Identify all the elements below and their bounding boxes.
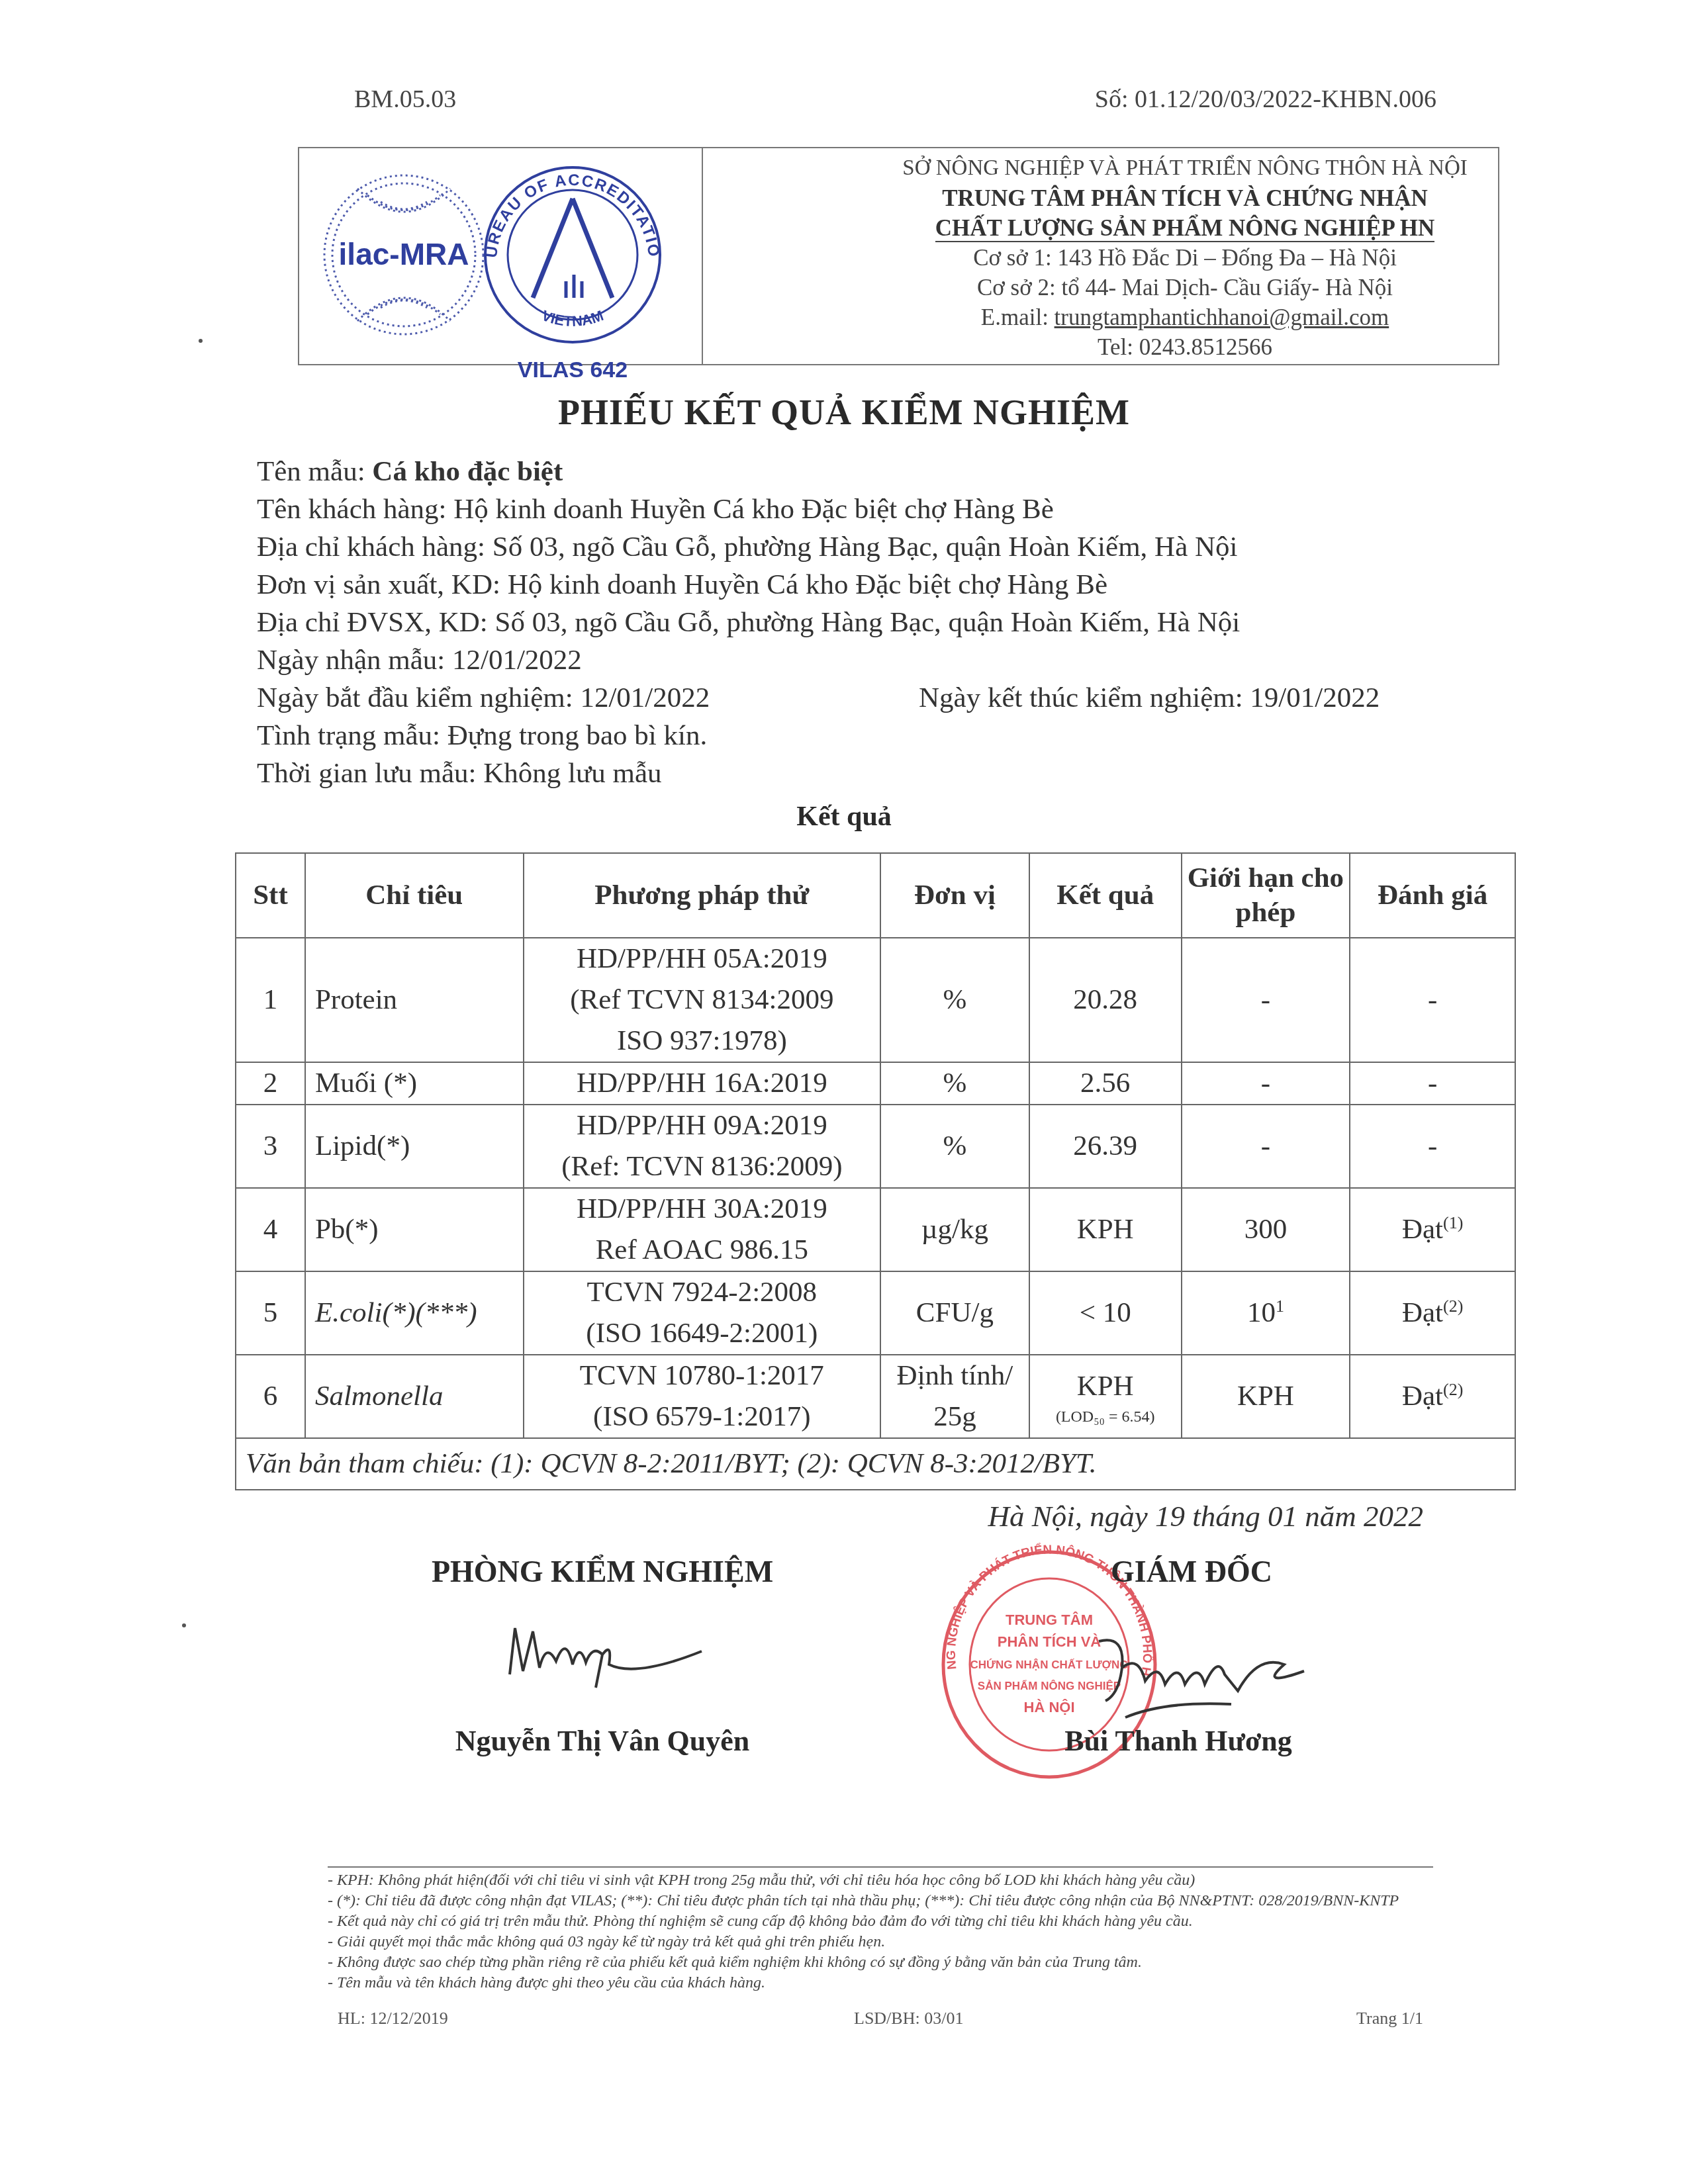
table-row: 6SalmonellaTCVN 10780-1:2017(ISO 6579-1:…: [236, 1355, 1515, 1438]
col-result: Kết quả: [1029, 853, 1182, 938]
cell-evaluation: -: [1350, 1105, 1515, 1188]
vilas-code: VILAS 642: [518, 357, 628, 383]
footnotes: - KPH: Không phát hiện(đối với chỉ tiêu …: [328, 1870, 1440, 1993]
table-row: 4Pb(*)HD/PP/HH 30A:2019Ref AOAC 986.15µg…: [236, 1188, 1515, 1271]
parent-organization: SỞ NÔNG NGHIỆP VÀ PHÁT TRIỂN NÔNG THÔN H…: [874, 154, 1496, 183]
sample-condition: Tình trạng mẫu: Đựng trong bao bì kín.: [257, 717, 1240, 754]
cell-parameter: Muối (*): [305, 1062, 524, 1105]
cell-unit: %: [880, 1062, 1029, 1105]
document-number: Số: 01.12/20/03/2022-KHBN.006: [1095, 85, 1436, 114]
col-limit: Giới hạn cho phép: [1182, 853, 1350, 938]
cell-stt: 5: [236, 1271, 305, 1355]
svg-text:VIETNAM: VIETNAM: [539, 307, 606, 330]
cell-evaluation: -: [1350, 938, 1515, 1062]
sample-retention: Thời gian lưu mẫu: Không lưu mẫu: [257, 754, 1240, 792]
organization-name-line1: TRUNG TÂM PHÂN TÍCH VÀ CHỨNG NHẬN: [874, 183, 1496, 213]
cell-evaluation: Đạt(2): [1350, 1271, 1515, 1355]
results-table: Stt Chỉ tiêu Phương pháp thử Đơn vị Kết …: [235, 852, 1516, 1490]
signature-left-icon: [503, 1615, 715, 1701]
test-dates-row: Ngày bắt đầu kiểm nghiệm: 12/01/2022 Ngà…: [257, 679, 1240, 717]
footnote-validity: - Kết quả này chỉ có giá trị trên mẫu th…: [328, 1911, 1440, 1932]
test-end-date: Ngày kết thúc kiểm nghiệm: 19/01/2022: [919, 679, 1380, 717]
organization-name-line2: CHẤT LƯỢNG SẢN PHẨM NÔNG NGHIỆP HN: [874, 213, 1496, 243]
svg-text:ilac-MRA: ilac-MRA: [339, 237, 469, 271]
cell-parameter: E.coli(*)(***): [305, 1271, 524, 1355]
email-line: E.mail: trungtamphantichhanoi@gmail.com: [874, 302, 1496, 332]
header-divider: [702, 147, 703, 365]
director-title: GIÁM ĐỐC: [1046, 1554, 1337, 1589]
footer-page: Trang 1/1: [1356, 2009, 1423, 2028]
footnote-copy: - Không được sao chép từng phần riêng rẽ…: [328, 1952, 1440, 1973]
cell-evaluation: Đạt(2): [1350, 1355, 1515, 1438]
cell-stt: 4: [236, 1188, 305, 1271]
cell-result: 26.39: [1029, 1105, 1182, 1188]
cell-parameter: Pb(*): [305, 1188, 524, 1271]
accreditation-logos: ilac-MRA BUREAU OF ACCREDITATION VIETNAM…: [305, 149, 702, 387]
cell-limit: -: [1182, 1062, 1350, 1105]
svg-text:TRUNG TÂM: TRUNG TÂM: [1006, 1612, 1093, 1628]
footnote-kph: - KPH: Không phát hiện(đối với chỉ tiêu …: [328, 1870, 1440, 1891]
col-stt: Stt: [236, 853, 305, 938]
scan-mark: [182, 1623, 186, 1627]
cell-limit: -: [1182, 1105, 1350, 1188]
cell-parameter: Protein: [305, 938, 524, 1062]
cell-result: < 10: [1029, 1271, 1182, 1355]
reference-note: Văn bản tham chiếu: (1): QCVN 8-2:2011/B…: [236, 1438, 1515, 1490]
cell-result: KPH(LOD₅₀ = 6.54): [1029, 1355, 1182, 1438]
col-parameter: Chỉ tiêu: [305, 853, 524, 938]
cell-result: KPH: [1029, 1188, 1182, 1271]
organization-block: SỞ NÔNG NGHIỆP VÀ PHÁT TRIỂN NÔNG THÔN H…: [874, 154, 1496, 362]
svg-text:HÀ NỘI: HÀ NỘI: [1024, 1699, 1075, 1715]
cell-parameter: Salmonella: [305, 1355, 524, 1438]
sample-info: Tên mẫu: Cá kho đặc biệt Tên khách hàng:…: [257, 453, 1240, 792]
cell-stt: 2: [236, 1062, 305, 1105]
results-label: Kết quả: [0, 801, 1688, 833]
cell-unit: µg/kg: [880, 1188, 1029, 1271]
cell-method: HD/PP/HH 16A:2019: [524, 1062, 880, 1105]
signature-right-icon: [1086, 1628, 1364, 1727]
cell-limit: -: [1182, 938, 1350, 1062]
col-method: Phương pháp thử: [524, 853, 880, 938]
reference-note-row: Văn bản tham chiếu: (1): QCVN 8-2:2011/B…: [236, 1438, 1515, 1490]
col-evaluation: Đánh giá: [1350, 853, 1515, 938]
cell-method: HD/PP/HH 05A:2019(Ref TCVN 8134:2009ISO …: [524, 938, 880, 1062]
footnote-complaints: - Giải quyết mọi thắc mắc không quá 03 n…: [328, 1932, 1440, 1952]
cell-parameter: Lipid(*): [305, 1105, 524, 1188]
address-2: Cơ sở 2: tổ 44- Mai Dịch- Cầu Giấy- Hà N…: [874, 273, 1496, 302]
cell-unit: %: [880, 938, 1029, 1062]
document-title: PHIẾU KẾT QUẢ KIỂM NGHIỆM: [0, 392, 1688, 433]
sample-name-row: Tên mẫu: Cá kho đặc biệt: [257, 453, 1240, 490]
cell-method: TCVN 7924-2:2008(ISO 16649-2:2001): [524, 1271, 880, 1355]
cell-evaluation: Đạt(1): [1350, 1188, 1515, 1271]
form-code: BM.05.03: [354, 85, 456, 114]
footer-issue: HL: 12/12/2019: [338, 2009, 448, 2028]
customer-address: Địa chỉ khách hàng: Số 03, ngõ Cầu Gỗ, p…: [257, 528, 1240, 566]
ilac-mra-logo-icon: ilac-MRA BUREAU OF ACCREDITATION VIETNAM…: [305, 149, 702, 387]
sample-name: Cá kho đặc biệt: [372, 456, 563, 487]
table-row: 3Lipid(*)HD/PP/HH 09A:2019(Ref: TCVN 813…: [236, 1105, 1515, 1188]
cell-unit: %: [880, 1105, 1029, 1188]
cell-evaluation: -: [1350, 1062, 1515, 1105]
cell-stt: 6: [236, 1355, 305, 1438]
footer-code: LSD/BH: 03/01: [854, 2009, 963, 2028]
telephone: Tel: 0243.8512566: [874, 332, 1496, 362]
email-link[interactable]: trungtamphantichhanoi@gmail.com: [1055, 304, 1389, 330]
table-row: 1ProteinHD/PP/HH 05A:2019(Ref TCVN 8134:…: [236, 938, 1515, 1062]
lab-signer-name: Nguyễn Thị Vân Quyên: [424, 1724, 781, 1758]
cell-method: TCVN 10780-1:2017(ISO 6579-1:2017): [524, 1355, 880, 1438]
col-unit: Đơn vị: [880, 853, 1029, 938]
customer-name: Tên khách hàng: Hộ kinh doanh Huyền Cá k…: [257, 490, 1240, 528]
director-name: Bùi Thanh Hương: [1013, 1724, 1344, 1758]
cell-stt: 1: [236, 938, 305, 1062]
place-date: Hà Nội, ngày 19 tháng 01 năm 2022: [988, 1499, 1424, 1533]
footnote-accreditation: - (*): Chỉ tiêu đã được công nhận đạt VI…: [328, 1891, 1440, 1911]
lab-department-title: PHÒNG KIỂM NGHIỆM: [424, 1554, 781, 1589]
table-row: 5E.coli(*)(***)TCVN 7924-2:2008(ISO 1664…: [236, 1271, 1515, 1355]
producer: Đơn vị sản xuất, KD: Hộ kinh doanh Huyền…: [257, 566, 1240, 604]
address-1: Cơ sở 1: 143 Hồ Đắc Di – Đống Đa – Hà Nộ…: [874, 243, 1496, 273]
cell-method: HD/PP/HH 09A:2019(Ref: TCVN 8136:2009): [524, 1105, 880, 1188]
cell-method: HD/PP/HH 30A:2019Ref AOAC 986.15: [524, 1188, 880, 1271]
received-date: Ngày nhận mẫu: 12/01/2022: [257, 641, 1240, 679]
cell-limit: 300: [1182, 1188, 1350, 1271]
table-header-row: Stt Chỉ tiêu Phương pháp thử Đơn vị Kết …: [236, 853, 1515, 938]
cell-result: 2.56: [1029, 1062, 1182, 1105]
cell-limit: KPH: [1182, 1355, 1350, 1438]
producer-address: Địa chỉ ĐVSX, KD: Số 03, ngõ Cầu Gỗ, phư…: [257, 604, 1240, 641]
cell-stt: 3: [236, 1105, 305, 1188]
footnote-naming: - Tên mẫu và tên khách hàng được ghi the…: [328, 1973, 1440, 1993]
cell-result: 20.28: [1029, 938, 1182, 1062]
cell-limit: 101: [1182, 1271, 1350, 1355]
scan-mark: [199, 339, 203, 343]
table-row: 2Muối (*)HD/PP/HH 16A:2019%2.56--: [236, 1062, 1515, 1105]
footer-divider: [328, 1866, 1433, 1868]
cell-unit: Định tính/ 25g: [880, 1355, 1029, 1438]
test-start-date: Ngày bắt đầu kiểm nghiệm: 12/01/2022: [257, 682, 710, 713]
cell-unit: CFU/g: [880, 1271, 1029, 1355]
